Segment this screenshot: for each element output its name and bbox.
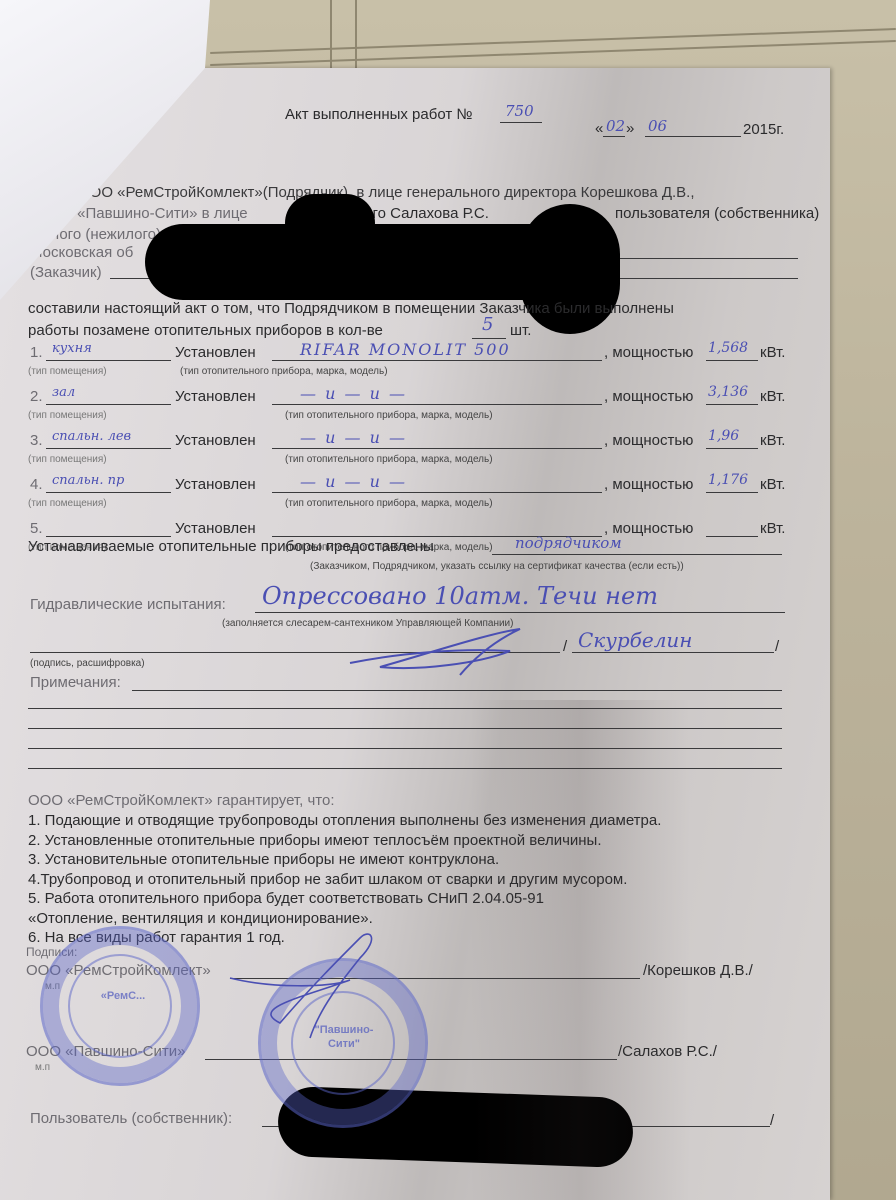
power-value: 1,176 [708, 472, 748, 488]
act-number: 750 [505, 102, 534, 120]
director-signature [210, 928, 390, 1048]
installed-label: Установлен [175, 520, 256, 537]
date-day: 02 [606, 117, 625, 135]
owner-end-slash: / [770, 1112, 774, 1129]
device-caption: (тип отопительного прибора, марка, модел… [285, 454, 493, 465]
power-value: 3,136 [708, 384, 748, 400]
statement-line-1: составили настоящий акт о том, что Подря… [28, 300, 674, 317]
room-type: спальн. пр [52, 473, 124, 488]
count-unit: шт. [510, 322, 531, 339]
row-number: 4. [30, 476, 43, 493]
power-unit: кВт. [760, 344, 785, 361]
installed-label: Установлен [175, 344, 256, 361]
provided-value: подрядчиком [515, 534, 622, 552]
provided-caption: (Заказчиком, Подрядчиком, указать ссылку… [310, 561, 684, 572]
plumber-signature [340, 623, 560, 683]
room-type: зал [52, 385, 75, 400]
power-label: , мощностью [604, 476, 693, 493]
signer-slash-open: / [563, 638, 567, 655]
power-unit: кВт. [760, 520, 785, 537]
device-caption: (тип отопительного прибора, марка, модел… [285, 410, 493, 421]
power-value: 1,568 [708, 340, 748, 356]
guarantee-item: 1. Подающие и отводящие трубопроводы ото… [28, 812, 661, 829]
date-open-quote: « [595, 120, 603, 137]
guarantee-item: 3. Установительные отопительные приборы … [28, 851, 499, 868]
hydraulic-label: Гидравлические испытания: [30, 596, 226, 613]
device-model: RIFAR MONOLIT 500 [300, 340, 511, 359]
power-unit: кВт. [760, 432, 785, 449]
date-month: 06 [648, 117, 667, 135]
room-type: спальн. лев [52, 429, 131, 444]
guarantee-item: 2. Установленные отопительные приборы им… [28, 832, 602, 849]
manager-signer-name: /Салахов Р.С./ [618, 1043, 717, 1060]
row-number: 2. [30, 388, 43, 405]
room-type: кухня [52, 341, 92, 356]
device-model: — и — и — [300, 428, 407, 447]
room-caption: (тип помещения) [28, 366, 107, 377]
intro-line-1: ООО «РемСтройКомлект»(Подрядчик), в лице… [78, 184, 695, 201]
provided-label: Устанавливаемые отопительные приборы пре… [28, 538, 434, 555]
row-number: 1. [30, 344, 43, 361]
guarantee-heading: ООО «РемСтройКомлект» гарантирует, что: [28, 792, 335, 809]
room-caption: (тип помещения) [28, 410, 107, 421]
contractor-signer-name: /Корешков Д.В./ [643, 962, 753, 979]
room-caption: (тип помещения) [28, 454, 107, 465]
row-number: 3. [30, 432, 43, 449]
device-model: — и — и — [300, 384, 407, 403]
document-title: Акт выполненных работ № [285, 106, 472, 123]
guarantee-item: 4.Трубопровод и отопительный прибор не з… [28, 871, 627, 888]
guarantee-item: «Отопление, вентиляция и кондиционирован… [28, 910, 373, 927]
room-caption: (тип помещения) [28, 498, 107, 509]
installed-label: Установлен [175, 432, 256, 449]
power-value: 1,96 [708, 428, 739, 444]
date-close-quote: » [626, 120, 634, 137]
power-label: , мощностью [604, 388, 693, 405]
background-surface [210, 0, 896, 70]
redaction-mark [145, 224, 620, 300]
radiator-count: 5 [482, 314, 493, 335]
device-caption: (тип отопительного прибора, марка, модел… [285, 498, 493, 509]
signer-slash-close: / [775, 638, 779, 655]
row-number: 5. [30, 520, 43, 537]
statement-line-2: работы позамене отопительных приборов в … [28, 322, 383, 339]
intro-line-2c: пользователя (собственника) [615, 205, 819, 222]
seal-mark: м.п [35, 1062, 50, 1073]
plumber-name: Скурбелин [578, 628, 692, 652]
installed-label: Установлен [175, 476, 256, 493]
customer-label: (Заказчик) [30, 264, 102, 281]
power-label: , мощностью [604, 432, 693, 449]
installed-label: Установлен [175, 388, 256, 405]
hydraulic-result: Опрессовано 10атм. Течи нет [262, 582, 658, 610]
sign-caption: (подпись, расшифровка) [30, 658, 145, 669]
act-document-page: Акт выполненных работ № 750 « 02 » 06 20… [0, 68, 830, 1200]
device-caption: (тип отопительного прибора, марка, модел… [180, 366, 388, 377]
device-model: — и — и — [300, 472, 407, 491]
owner-label: Пользователь (собственник): [30, 1110, 232, 1127]
power-unit: кВт. [760, 388, 785, 405]
notes-label: Примечания: [30, 674, 121, 691]
power-unit: кВт. [760, 476, 785, 493]
date-year: 2015г. [743, 121, 784, 138]
power-label: , мощностью [604, 344, 693, 361]
contractor-stamp: «РемС... [40, 926, 200, 1086]
guarantee-item: 5. Работа отопительного прибора будет со… [28, 890, 544, 907]
